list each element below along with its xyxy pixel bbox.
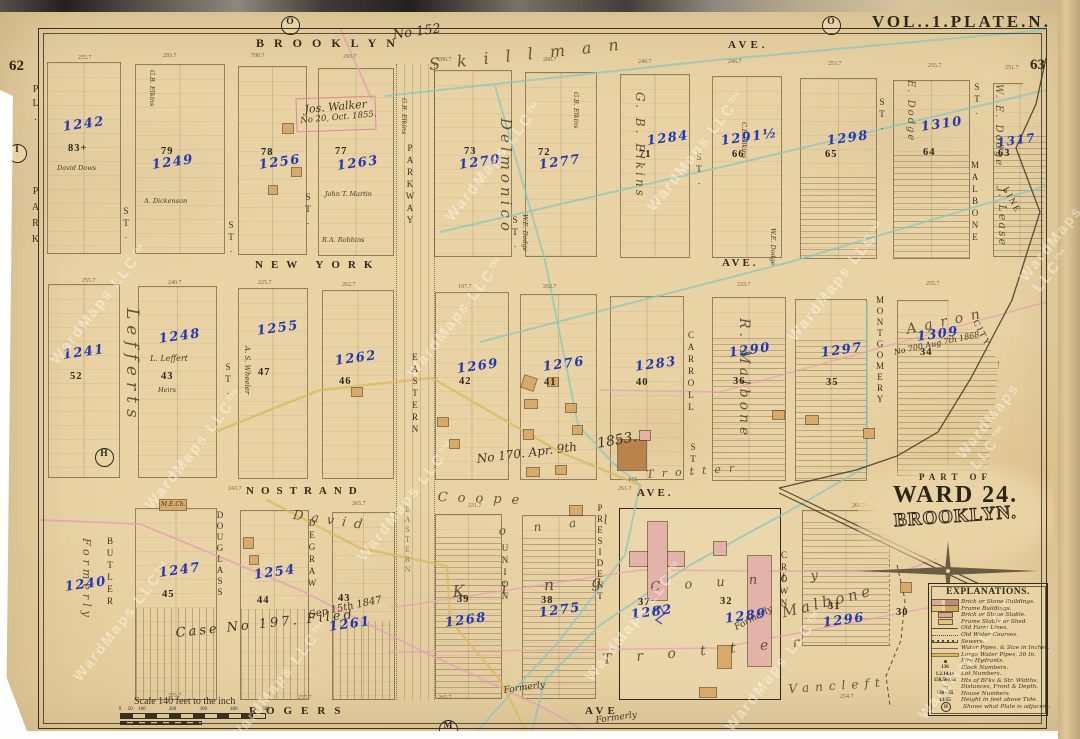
scale-tick: 0 [119,707,122,712]
plate-marker-o: O [822,16,841,35]
dot-symbol [932,659,958,663]
legend-label: Brick or Stone Buildings. [961,599,1035,605]
sw-brick-symbol [932,600,958,605]
scan-edge-bottom [0,731,1080,739]
scale-tick: 300 [199,707,207,712]
sw-brick-sm-symbol [939,613,952,617]
legend-row: |--|Distances, Front & Depth. [929,684,1047,691]
legend-label: Frame Stable or Shed. [961,619,1027,625]
plate-marker-o: O [281,16,300,35]
legend-label: House Numbers. [961,691,1011,697]
legend-label: Distances, Front & Depth. [961,684,1038,690]
legend-label: Height in feet above Tide. [961,697,1037,703]
legend-row: Brick or Stone Buildings. [929,599,1047,606]
sw-frame-sm-symbol [939,620,952,624]
legend-label: Fire Hydrants. [961,658,1004,664]
compass-rose-icon [0,0,1080,739]
atlas-plate: BROOKLYNAVE.No 152NEW YORKAVE.NOSTRANDAV… [0,0,1080,739]
plate-marker-h: H [95,448,114,467]
scale-bar-secondary [120,721,202,725]
scan-edge-top [0,0,1080,12]
legend-label: Shows what Plate is adjacent. [963,704,1051,710]
txt-symbol: 150,500,50 [932,678,958,683]
legend-label: Old Water Courses. [961,632,1018,638]
legend-row: HShows what Plate is adjacent. [929,704,1047,711]
scale-ticks: 050100200300400500 [120,707,266,713]
legend-label: Old Farm Lines. [961,625,1008,631]
ln-symbol [932,628,958,629]
ln-thin-symbol [932,648,958,649]
ln-sewer-symbol [932,640,958,643]
scale-tick: 400 [230,707,238,712]
legend-label: Large Water Pipes, 36 In. [961,652,1036,658]
scale-tick: 200 [169,707,177,712]
scale-tick: 100 [138,707,146,712]
legend-label: Hts of Bl'ks & Str. Widths. [961,678,1038,684]
legend-label: Brick or Stone Stable. [961,612,1026,618]
scale-tick: 500 [262,707,270,712]
scan-edge-right [1058,0,1080,739]
legend-label: Lot Numbers. [961,671,1002,677]
txt-symbol: 136 [932,665,958,670]
legend-row: 150,500,50Hts of Bl'ks & Str. Widths. [929,678,1047,685]
explanations-legend: EXPLANATIONS. Brick or Stone Buildings.F… [928,583,1048,716]
txt-symbol: |--| [932,685,958,690]
legend-label: Frame Buildings. [961,606,1012,612]
legend-rows: Brick or Stone Buildings.Frame Buildings… [929,599,1047,710]
txt-symbol: 1.2.14.18 [932,672,958,677]
txt-symbol: 136 - 55 [932,691,958,696]
circ-symbol: H [941,702,951,712]
legend-header: EXPLANATIONS. [929,587,1047,597]
scale-tick: 50 [128,707,133,712]
sw-frame-symbol [932,606,958,611]
ln-dot-symbol [932,635,958,636]
legend-label: Water Pipes, & Size in Inches. [961,645,1050,651]
legend-label: Sewers. [961,639,984,645]
scale-bar: 050100200300400500 [120,707,266,725]
legend-label: Block Numbers. [961,665,1008,671]
ln-yellow-symbol [932,654,958,656]
scale-bar-segments [120,713,266,719]
